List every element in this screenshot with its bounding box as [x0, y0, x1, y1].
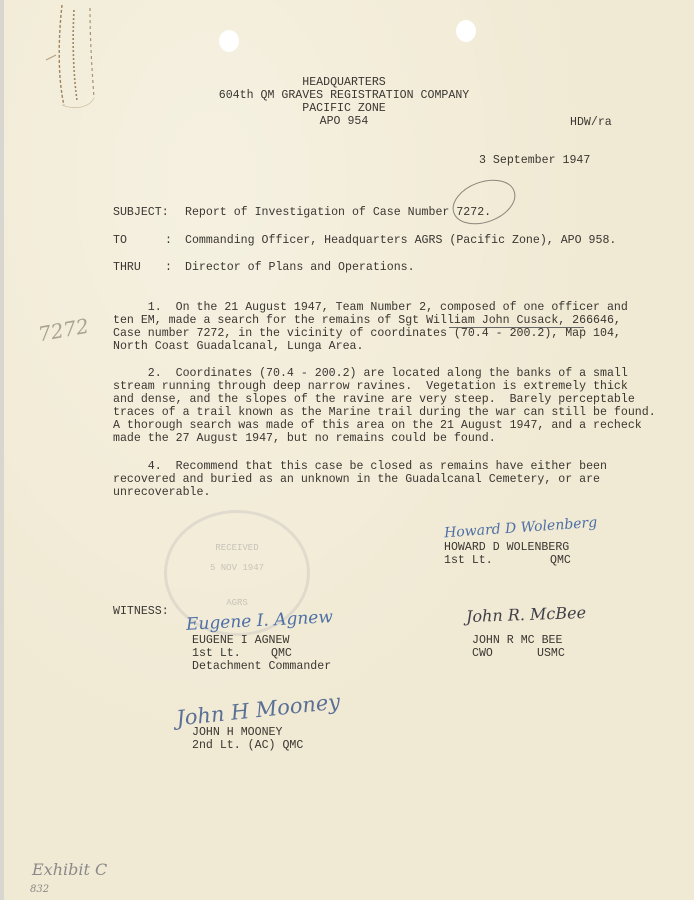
- to-value: Commanding Officer, Headquarters AGRS (P…: [185, 234, 616, 247]
- stamp-received: RECEIVED: [167, 543, 307, 553]
- paragraph-1-line: ten EM, made a search for the remains of…: [113, 314, 621, 327]
- signatory-rank: 1st Lt.: [444, 554, 493, 567]
- punch-hole-left: [219, 30, 239, 52]
- paragraph-1-line: North Coast Guadalcanal, Lunga Area.: [113, 340, 363, 353]
- stamp-date: 5 NOV 1947: [167, 563, 307, 573]
- to-label: TO: [113, 234, 127, 247]
- witness-name: EUGENE I AGNEW: [192, 634, 289, 647]
- thru-label: THRU: [113, 261, 141, 274]
- paragraph-4-line: recovered and buried as an unknown in th…: [113, 473, 600, 486]
- exhibit-number-note: 832: [30, 884, 49, 895]
- signatory-name: HOWARD D WOLENBERG: [444, 541, 569, 554]
- name-underline: [449, 327, 584, 328]
- witness-name: JOHN R MC BEE: [472, 634, 562, 647]
- witness-rank: 1st Lt.: [192, 647, 241, 660]
- document-date: 3 September 1947: [479, 154, 590, 167]
- subject-value: Report of Investigation of Case Number 7…: [185, 206, 491, 219]
- margin-case-number-note: 7272: [36, 314, 90, 346]
- document-page: HEADQUARTERS 604th QM GRAVES REGISTRATIO…: [0, 0, 694, 900]
- letterhead-company: 604th QM GRAVES REGISTRATION COMPANY: [164, 89, 524, 102]
- thru-separator: :: [165, 261, 172, 274]
- witness-label: WITNESS:: [113, 605, 169, 618]
- paragraph-2-line: traces of a trail known as the Marine tr…: [113, 406, 656, 419]
- witness-branch: USMC: [537, 647, 565, 660]
- witness-signature: John R. McBee: [466, 603, 587, 626]
- letterhead-zone: PACIFIC ZONE: [204, 102, 484, 115]
- subject-label: SUBJECT:: [113, 206, 169, 219]
- witness-rank-branch: 2nd Lt. (AC) QMC: [192, 739, 303, 752]
- witness-title: Detachment Commander: [192, 660, 331, 673]
- paragraph-2-line: 2. Coordinates (70.4 - 200.2) are locate…: [113, 367, 628, 380]
- signatory-signature: Howard D Wolenberg: [444, 515, 598, 542]
- letterhead-apo: APO 954: [204, 115, 484, 128]
- exhibit-note: Exhibit C: [32, 860, 107, 879]
- paragraph-2-line: A thorough search was made of this area …: [113, 419, 642, 432]
- paragraph-1-line: Case number 7272, in the vicinity of coo…: [113, 327, 621, 340]
- paragraph-4-line: unrecoverable.: [113, 486, 210, 499]
- paragraph-2-line: made the 27 August 1947, but no remains …: [113, 432, 496, 445]
- stamp-agency: AGRS: [167, 598, 307, 608]
- letterhead-headquarters: HEADQUARTERS: [204, 76, 484, 89]
- paragraph-2-line: stream running through deep narrow ravin…: [113, 380, 628, 393]
- paragraph-1-line: 1. On the 21 August 1947, Team Number 2,…: [113, 301, 628, 314]
- witness-signature: John H Mooney: [175, 689, 341, 730]
- signatory-branch: QMC: [550, 554, 571, 567]
- paragraph-2-line: and dense, and the slopes of the ravine …: [113, 393, 635, 406]
- thru-value: Director of Plans and Operations.: [185, 261, 415, 274]
- witness-branch: QMC: [271, 647, 292, 660]
- to-separator: :: [165, 234, 172, 247]
- punch-hole-right: [456, 20, 476, 42]
- reference-initials: HDW/ra: [570, 116, 612, 129]
- paragraph-4-line: 4. Recommend that this case be closed as…: [113, 460, 607, 473]
- witness-rank: CWO: [472, 647, 493, 660]
- witness-name: JOHN H MOONEY: [192, 726, 282, 739]
- rust-stain-icon: [44, 0, 104, 110]
- pencil-circle-mark: [444, 176, 524, 228]
